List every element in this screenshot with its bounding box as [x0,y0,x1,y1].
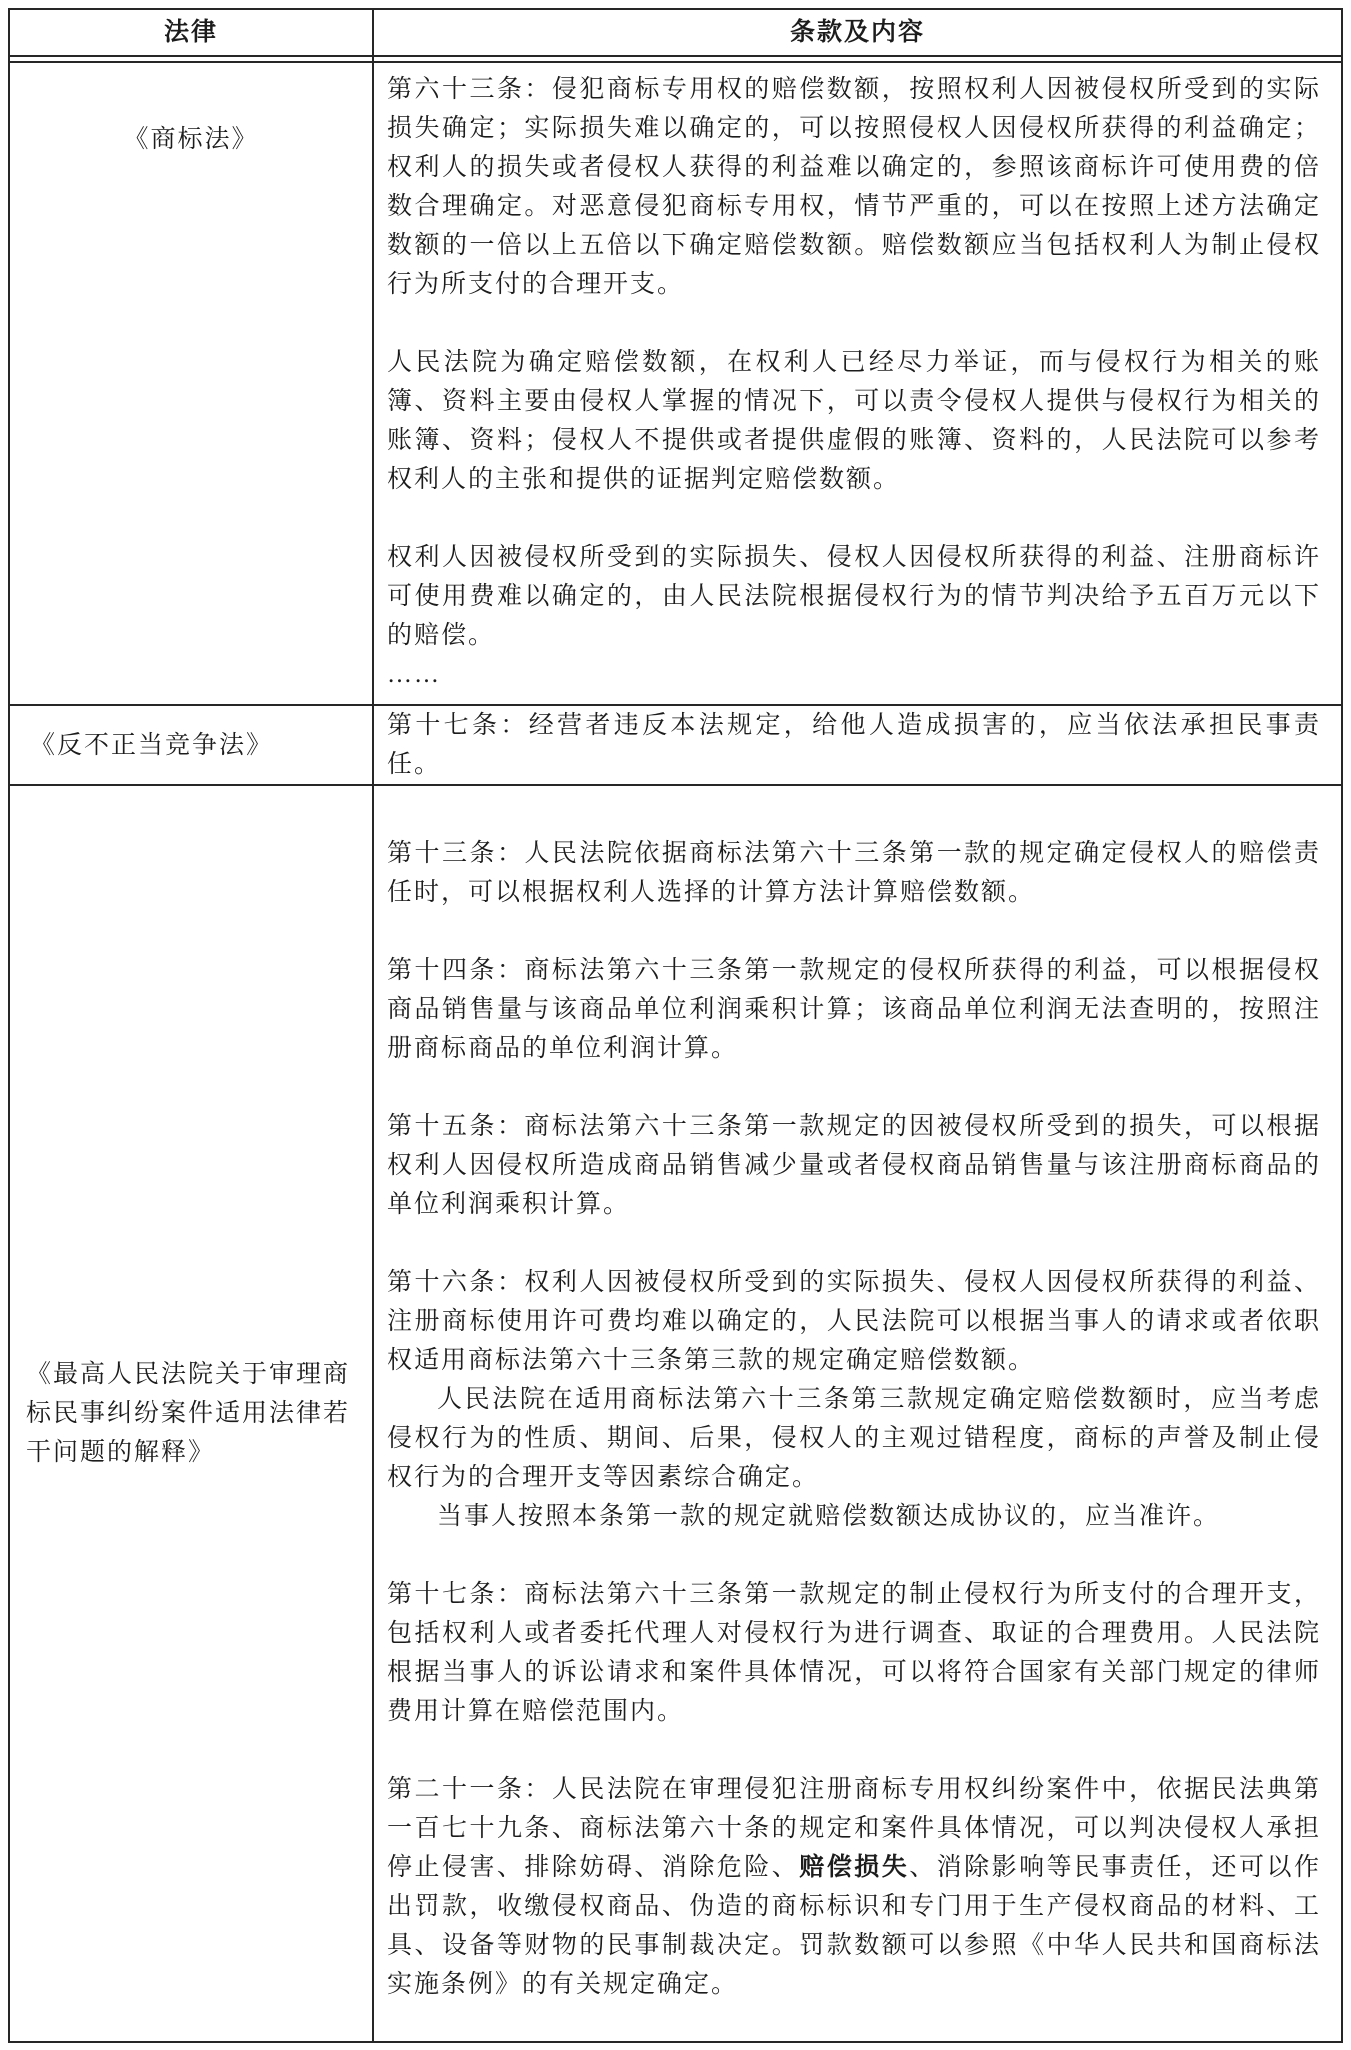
article-paragraph-with-emphasis: 第二十一条：人民法院在审理侵犯注册商标专用权纠纷案件中，依据民法典第一百七十九条… [387,1770,1321,2004]
header-law-label: 法律 [164,13,218,52]
article-paragraph: 第十六条：权利人因被侵权所受到的实际损失、侵权人因侵权所获得的利益、注册商标使用… [387,1263,1321,1380]
article-paragraph: 人民法院为确定赔偿数额，在权利人已经尽力举证，而与侵权行为相关的账簿、资料主要由… [387,343,1321,499]
emphasized-term: 赔偿损失 [799,1854,909,1881]
header-cell-law: 法律 [10,10,374,57]
article-paragraph: 权利人因被侵权所受到的实际损失、侵权人因侵权所获得的利益、注册商标许可使用费难以… [387,538,1321,655]
content-cell-trademark-law: 第六十三条：侵犯商标专用权的赔偿数额，按照权利人因被侵权所受到的实际损失确定；实… [374,63,1341,704]
article-paragraph: 第十七条：商标法第六十三条第一款规定的制止侵权行为所支付的合理开支，包括权利人或… [387,1575,1321,1731]
header-content-label: 条款及内容 [790,13,925,52]
law-name-trademark-law: 《商标法》 [123,120,258,159]
article-paragraph: 第十四条：商标法第六十三条第一款规定的侵权所获得的利益，可以根据侵权商品销售量与… [387,951,1321,1068]
article-paragraph: 第十五条：商标法第六十三条第一款规定的因被侵权所受到的损失，可以根据权利人因侵权… [387,1107,1321,1224]
content-cell-anti-unfair-competition-law: 第十七条：经营者违反本法规定，给他人造成损害的，应当依法承担民事责任。 [374,704,1341,784]
article-subparagraph: 当事人按照本条第一款的规定就赔偿数额达成协议的，应当准许。 [387,1497,1321,1536]
law-name-anti-unfair-competition-law: 《反不正当竞争法》 [30,726,273,765]
article-paragraph: 第六十三条：侵犯商标专用权的赔偿数额，按照权利人因被侵权所受到的实际损失确定；实… [387,70,1321,304]
article-paragraph: 第十三条：人民法院依据商标法第六十三条第一款的规定确定侵权人的赔偿责任时，可以根… [387,834,1321,912]
law-cell-trademark-law: 《商标法》 [10,63,374,704]
law-cell-judicial-interpretation: 《最高人民法院关于审理商标民事纠纷案件适用法律若干问题的解释》 [10,784,374,2041]
article-paragraph: 第十七条：经营者违反本法规定，给他人造成损害的，应当依法承担民事责任。 [387,706,1321,784]
law-table: 法律 条款及内容 《商标法》 第六十三条：侵犯商标专用权的赔偿数额，按照权利人因… [8,8,1343,2043]
header-cell-content: 条款及内容 [374,10,1341,57]
law-name-judicial-interpretation: 《最高人民法院关于审理商标民事纠纷案件适用法律若干问题的解释》 [26,1355,360,1472]
ellipsis-line: …… [387,655,1321,694]
law-cell-anti-unfair-competition-law: 《反不正当竞争法》 [10,704,374,784]
document-page: 法律 条款及内容 《商标法》 第六十三条：侵犯商标专用权的赔偿数额，按照权利人因… [0,0,1351,2050]
content-cell-judicial-interpretation: 第十三条：人民法院依据商标法第六十三条第一款的规定确定侵权人的赔偿责任时，可以根… [374,784,1341,2041]
article-subparagraph: 人民法院在适用商标法第六十三条第三款规定确定赔偿数额时，应当考虑侵权行为的性质、… [387,1380,1321,1497]
